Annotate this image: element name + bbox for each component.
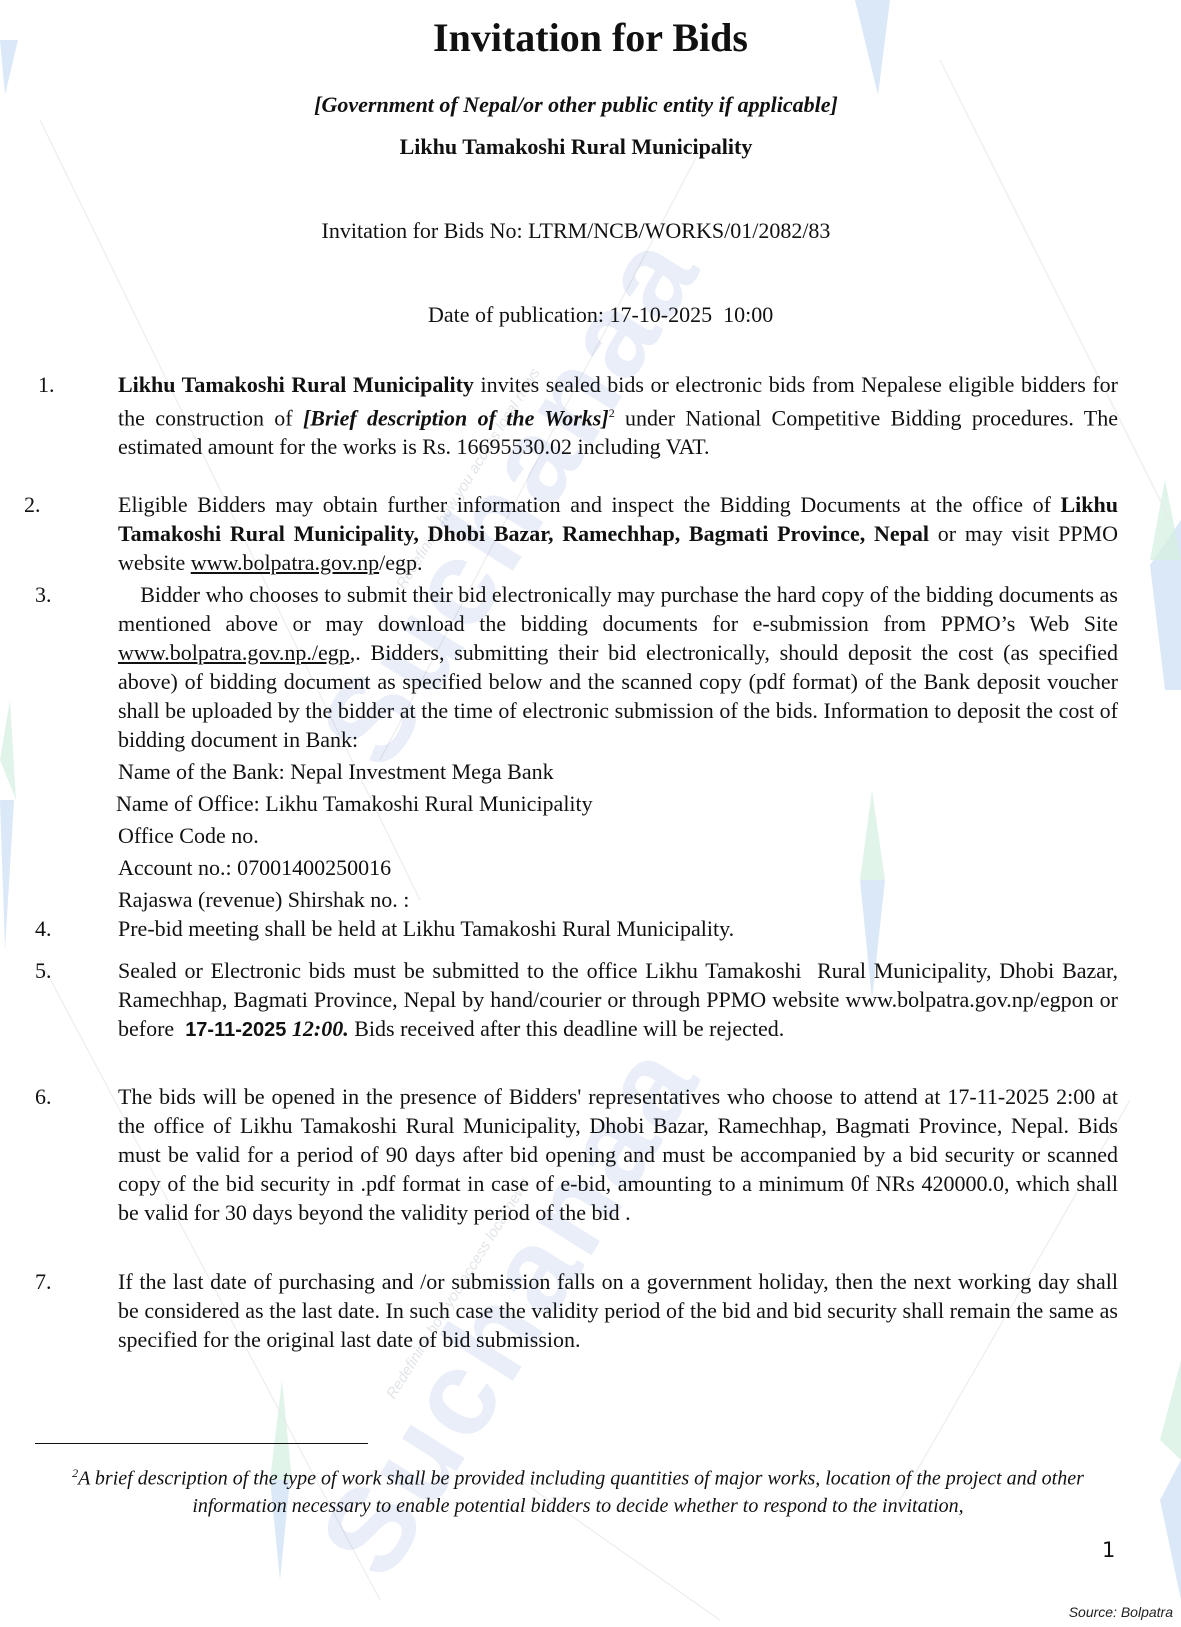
clause-text: If the last date of purchasing and /or s…: [118, 1269, 1118, 1352]
clause-number: 4.: [35, 914, 52, 943]
bolpatra-link[interactable]: www.bolpatra.gov.np: [191, 550, 379, 575]
revenue-shirshak: Rajaswa (revenue) Shirshak no. :: [118, 884, 1118, 916]
account-number: Account no.: 07001400250016: [118, 852, 1118, 884]
clause-number: 1.: [38, 370, 55, 399]
clause-text: Bidder who chooses to submit their bid e…: [118, 582, 1124, 636]
clause-number: 7.: [35, 1267, 52, 1296]
document-title: Invitation for Bids: [0, 14, 1181, 61]
clause-text: The bids will be opened in the presence …: [118, 1084, 1118, 1225]
clause-number: 3.: [35, 580, 52, 609]
publication-date: Date of publication: 17-10-2025 10:00: [428, 302, 773, 328]
source-credit: Source: Bolpatra: [1069, 1604, 1173, 1620]
footnote-text: A brief description of the type of work …: [78, 1468, 1084, 1517]
footnote-divider: [35, 1443, 368, 1444]
bank-name: Name of the Bank: Nepal Investment Mega …: [118, 756, 1118, 788]
page-number: 1: [1102, 1538, 1115, 1562]
entity-name: Likhu Tamakoshi Rural Municipality: [0, 134, 1152, 160]
clause-number: 2.: [24, 490, 41, 519]
municipality-bold: Likhu Tamakoshi Rural Municipality: [118, 372, 474, 397]
clause-text: Bids received after this deadline will b…: [349, 1016, 785, 1041]
office-name: Name of Office: Likhu Tamakoshi Rural Mu…: [116, 788, 1118, 820]
submission-deadline-time: 12:00.: [286, 1016, 348, 1041]
office-code: Office Code no.: [118, 820, 1118, 852]
ifb-number: Invitation for Bids No: LTRM/NCB/WORKS/0…: [0, 218, 1152, 244]
clause-number: 6.: [35, 1082, 52, 1111]
bank-details: Name of the Bank: Nepal Investment Mega …: [118, 756, 1118, 916]
footnote: 2A brief description of the type of work…: [33, 1460, 1123, 1520]
submission-deadline-date: 17-11-2025: [185, 1019, 286, 1041]
document-subtitle: [Government of Nepal/or other public ent…: [0, 92, 1152, 118]
works-description: [Brief description of the Works]: [303, 405, 609, 430]
clause-text: Eligible Bidders may obtain further info…: [118, 492, 1061, 517]
clause-text: /egp.: [379, 550, 422, 575]
clause-number: 5.: [35, 956, 52, 985]
clause-text: Pre-bid meeting shall be held at Likhu T…: [118, 916, 734, 941]
bolpatra-egp-link[interactable]: www.bolpatra.gov.np./egp: [118, 640, 350, 665]
